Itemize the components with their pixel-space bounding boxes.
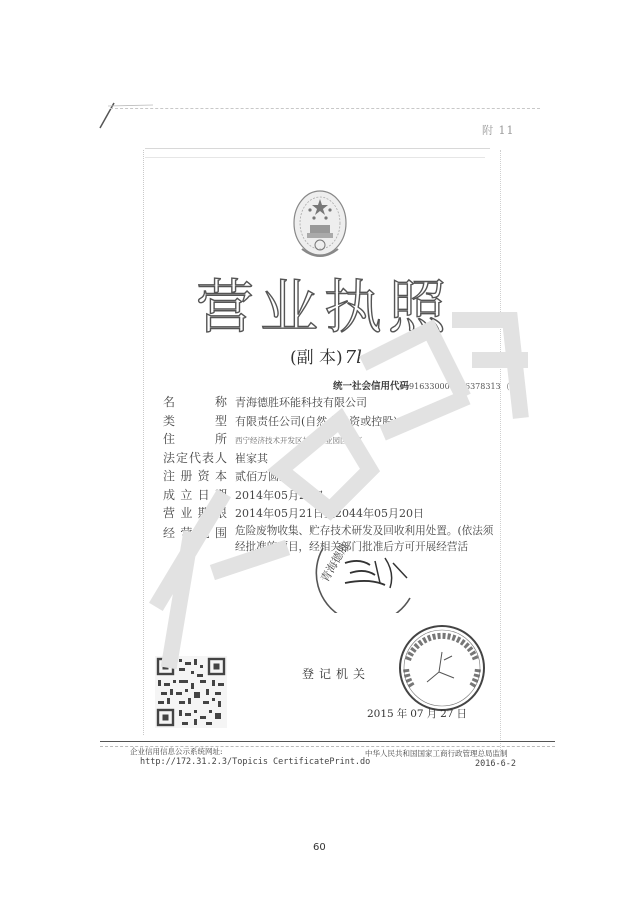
field-name: 名称 青海德胜环能科技有限公司 <box>163 393 503 412</box>
credit-code-label: 统一社会信用代码 <box>333 381 409 392</box>
credit-code-suffix: (1-1) <box>507 382 526 391</box>
title-char: 照 <box>388 278 446 336</box>
title-char: 业 <box>260 278 318 336</box>
page-number: 60 <box>313 842 326 853</box>
registration-authority: 登记机关 <box>302 665 370 682</box>
copy-label: (副 本)7l <box>290 343 362 368</box>
field-label: 成立日期 <box>163 486 227 503</box>
field-value: 贰佰万圆整 <box>235 468 290 484</box>
faint-line <box>145 157 485 158</box>
document-title: 营 业 执 照 <box>196 278 446 336</box>
frame-left <box>143 150 145 735</box>
field-term: 营业期限 2014年05月21日至2044年05月20日 <box>163 504 503 523</box>
field-address: 住所 西宁经济技术开发区甘河工业园区东区 <box>163 430 503 449</box>
field-value: 崔家其 <box>235 450 268 466</box>
field-value: 2014年05月21日至2044年05月20日 <box>235 505 424 521</box>
field-value: 2014年05月21日 <box>235 487 324 503</box>
field-value: 有限责任公司(自然人投资或控股) <box>235 413 398 429</box>
field-label: 注册资本 <box>163 467 227 484</box>
field-value: 西宁经济技术开发区甘河工业园区东区 <box>235 435 363 446</box>
footer-right: 中华人民共和国国家工商行政管理总局监制 2016-6-2 <box>365 749 516 769</box>
title-char: 执 <box>324 278 382 336</box>
field-capital: 注册资本 贰佰万圆整 <box>163 467 503 486</box>
copy-text: (副 本) <box>290 348 343 368</box>
footer-print-date: 2016-6-2 <box>365 759 516 769</box>
field-type: 类型 有限责任公司(自然人投资或控股) <box>163 412 503 431</box>
top-rule <box>110 108 540 110</box>
scan-mark <box>98 100 158 130</box>
national-emblem-icon <box>290 185 350 265</box>
copy-handwritten-number: 7l <box>345 347 362 368</box>
faint-line <box>145 148 490 149</box>
field-label: 营业期限 <box>163 504 227 521</box>
bottom-rule <box>100 741 555 742</box>
field-label: 法定代表人 <box>163 449 227 466</box>
footer-website-label: 企业信用信息公示系统网址: <box>130 747 370 757</box>
legal-rep-seal: 青海德胜 <box>315 543 415 613</box>
registration-date: 2015年07月27日 <box>367 706 470 721</box>
field-label: 名称 <box>163 393 227 410</box>
attachment-label: 附 11 <box>482 122 515 138</box>
field-legal-rep: 法定代表人 崔家其 <box>163 449 503 468</box>
field-established: 成立日期 2014年05月21日 <box>163 486 503 505</box>
credit-code: 统一社会信用代码91633000091637831З(1-1) <box>333 378 526 392</box>
field-value: 青海德胜环能科技有限公司 <box>235 394 367 410</box>
footer-left: 企业信用信息公示系统网址: http://172.31.2.3/Topicis … <box>130 747 370 767</box>
credit-code-value: 91633000091637831З <box>409 382 501 391</box>
qr-code[interactable] <box>155 656 227 728</box>
field-label: 住所 <box>163 430 227 447</box>
field-label: 经营范围 <box>163 523 227 541</box>
footer-issuer: 中华人民共和国国家工商行政管理总局监制 <box>365 749 516 759</box>
footer-website-url[interactable]: http://172.31.2.3/Topicis CertificatePri… <box>130 757 370 767</box>
title-char: 营 <box>196 278 254 336</box>
authority-seal <box>392 620 492 720</box>
field-label: 类型 <box>163 412 227 429</box>
